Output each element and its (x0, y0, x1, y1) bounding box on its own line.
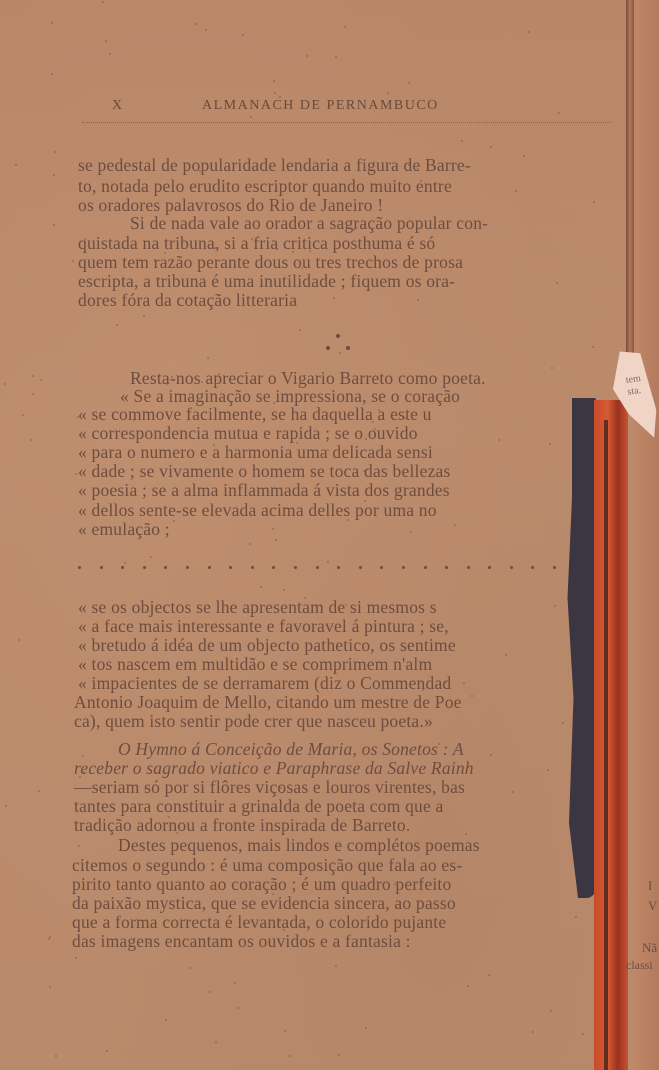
text-line: « impacientes de se derramarem (diz o Co… (78, 674, 451, 693)
paper-speck (72, 260, 74, 262)
paper-speck (408, 82, 410, 84)
paper-speck (463, 682, 465, 684)
paper-speck (582, 1033, 584, 1035)
ellipsis-dot (467, 566, 470, 569)
text-line: « se commove facilmente, se ha daquella … (78, 405, 432, 424)
text-line: « correspondencia mutua e rapida ; se o … (78, 424, 418, 443)
ellipsis-dot (143, 566, 146, 569)
ellipsis-dot (510, 566, 513, 569)
paper-speck (338, 1054, 340, 1056)
paper-speck (592, 346, 594, 348)
ellipsis-dot (272, 566, 275, 569)
paper-speck (260, 586, 262, 588)
red-spine-edge (594, 400, 628, 1070)
paper-speck (365, 1027, 367, 1029)
paper-speck (173, 520, 175, 522)
text-line: citemos o segundo : é uma composição que… (72, 856, 462, 875)
text-line: Antonio Joaquim de Mello, citando um mes… (74, 693, 462, 712)
text-line: « poesia ; se a alma inflammada á vista … (78, 481, 450, 500)
ellipsis-dot (164, 566, 167, 569)
ellipsis-dot (337, 566, 340, 569)
text-line: « tos nascem em multidão e se comprimem … (78, 655, 432, 674)
text-line: Destes pequenos, mais lindos e complétos… (118, 836, 480, 855)
paper-speck (387, 92, 389, 94)
text-line: O Hymno á Conceição de Maria, os Sonetos… (118, 740, 464, 759)
paper-speck (554, 605, 556, 607)
ellipsis-dot (208, 566, 211, 569)
side-fragment: Nã (642, 940, 657, 956)
paper-speck (274, 92, 276, 94)
text-line: Si de nada vale ao orador a sagração pop… (130, 214, 488, 233)
paper-speck (143, 315, 145, 317)
paper-speck (306, 55, 308, 57)
text-line: « emulação ; (78, 520, 170, 539)
paper-speck (505, 654, 507, 656)
paper-speck (547, 769, 549, 771)
page-header: X ALMANACH DE PERNAMBUCO (112, 96, 612, 116)
paper-speck (82, 755, 84, 757)
ellipsis-dot (316, 566, 319, 569)
paper-speck (417, 299, 419, 301)
text-line: « bretudo á idéa de um objecto pathetico… (78, 636, 456, 655)
paper-speck (109, 53, 111, 55)
paper-speck (18, 639, 20, 641)
text-line: « se os objectos se lhe apresentam de si… (78, 598, 437, 617)
paper-speck (53, 224, 55, 226)
paper-speck (410, 531, 412, 533)
paper-speck (335, 56, 337, 58)
ellipsis-dot (424, 566, 427, 569)
paper-speck (272, 528, 274, 530)
paper-speck (195, 23, 197, 25)
text-line: pirito tanto quanto ao coração ; é um qu… (72, 875, 451, 894)
paper-speck (207, 357, 209, 359)
side-fragment: V (648, 898, 657, 914)
paper-speck (283, 589, 285, 591)
text-line: dores fóra da cotação litteraria (78, 291, 297, 310)
paper-speck (299, 329, 301, 331)
text-line: escripta, a tribuna é uma inutilidade ; … (78, 272, 455, 291)
paper-speck (205, 29, 207, 31)
ellipsis-dot (294, 566, 297, 569)
paper-speck (75, 473, 77, 475)
paper-speck (249, 543, 251, 545)
paper-speck (528, 31, 530, 33)
spine-crease (604, 420, 608, 1070)
paper-speck (532, 1031, 534, 1033)
ellipsis-row (78, 566, 578, 574)
paper-speck (165, 1019, 167, 1021)
paper-speck (488, 974, 490, 976)
paper-speck (75, 957, 77, 959)
paper-speck (498, 439, 500, 441)
paper-speck (289, 1055, 291, 1057)
paper-speck (250, 116, 252, 118)
paper-speck (32, 393, 34, 395)
paper-speck (562, 722, 564, 724)
paper-speck (550, 1010, 552, 1012)
paper-speck (237, 1007, 239, 1009)
paper-speck (22, 414, 24, 416)
paper-speck (102, 1, 104, 3)
paper-speck (54, 151, 56, 153)
paper-speck (490, 754, 492, 756)
paper-speck (55, 1055, 57, 1057)
text-line: ca), quem isto sentir pode crer que nasc… (74, 712, 433, 731)
paper-speck (327, 561, 329, 563)
paper-speck (5, 805, 7, 807)
ellipsis-dot (359, 566, 362, 569)
paper-speck (575, 916, 577, 918)
text-line: « para o numero e a harmonia uma delicad… (78, 443, 433, 462)
text-line: quem tem razão perante dous ou tres trec… (78, 253, 463, 272)
ellipsis-dot (121, 566, 124, 569)
paper-speck (38, 790, 40, 792)
text-line: tantes para constituir a grinalda de poe… (74, 797, 444, 816)
text-line: quistada na tribuna, si a fria critica p… (78, 234, 435, 253)
page-number: X (112, 98, 202, 114)
paper-speck (4, 383, 6, 385)
paper-speck (471, 695, 473, 697)
paper-speck (49, 986, 51, 988)
paper-speck (461, 140, 463, 142)
text-line: da paixão mystica, que se evidencia sinc… (72, 894, 456, 913)
ellipsis-dot (531, 566, 534, 569)
side-fragment: classi (626, 958, 653, 973)
paper-speck (512, 791, 514, 793)
paper-speck (593, 201, 595, 203)
paper-speck (333, 297, 335, 299)
paper-speck (454, 524, 456, 526)
section-break-asterisks (318, 332, 358, 356)
paper-speck (284, 1030, 286, 1032)
paper-speck (40, 379, 42, 381)
paper-speck (116, 324, 118, 326)
paper-speck (273, 80, 275, 82)
paper-speck (467, 985, 469, 987)
ellipsis-dot (488, 566, 491, 569)
paper-speck (242, 34, 244, 36)
text-line: tradição adornou a fronte inspirada de B… (74, 816, 410, 835)
paper-speck (106, 1050, 108, 1052)
text-line: « a face mais interessante e favoravel á… (78, 617, 449, 636)
paper-speck (344, 26, 346, 28)
text-line: que a forma correcta é levantada, o colo… (72, 913, 446, 932)
paper-speck (335, 965, 337, 967)
paper-speck (105, 40, 107, 42)
paper-speck (30, 439, 32, 441)
text-line: receber o sagrado viatico e Paraphrase d… (74, 759, 474, 778)
paper-speck (48, 938, 50, 940)
paper-speck (275, 539, 277, 541)
text-line: to, notada pelo erudito escriptor quando… (78, 177, 452, 196)
paper-speck (51, 22, 53, 24)
ellipsis-dot (380, 566, 383, 569)
text-line: se pedestal de popularidade lendaria a f… (78, 156, 471, 175)
text-line: das imagens encantam os ouvidos e a fant… (72, 932, 411, 951)
paper-speck (124, 562, 126, 564)
running-head: ALMANACH DE PERNAMBUCO (202, 98, 439, 114)
paper-speck (523, 155, 525, 157)
paper-speck (215, 1041, 217, 1043)
paper-speck (150, 556, 152, 558)
paper-speck (51, 73, 53, 75)
paper-speck (15, 164, 17, 166)
page-edge (626, 0, 634, 400)
ellipsis-dot (186, 566, 189, 569)
ellipsis-dot (445, 566, 448, 569)
ellipsis-dot (402, 566, 405, 569)
text-line: —seriam só por si flôres viçosas e louro… (74, 778, 465, 797)
paper-speck (53, 174, 55, 176)
paper-speck (234, 982, 236, 984)
ellipsis-dot (78, 566, 81, 569)
paper-speck (32, 375, 34, 377)
ellipsis-dot (100, 566, 103, 569)
paper-speck (549, 443, 551, 445)
text-line: « dellos sente-se elevada acima delles p… (78, 501, 437, 520)
paper-speck (189, 967, 191, 969)
ellipsis-dot (229, 566, 232, 569)
paper-speck (78, 845, 80, 847)
text-line: « dade ; se vivamente o homem se toca da… (78, 462, 451, 481)
ellipsis-dot (251, 566, 254, 569)
paper-speck (209, 991, 211, 993)
side-fragment: I (648, 878, 652, 894)
paper-speck (490, 146, 492, 148)
paper-speck (515, 190, 517, 192)
paper-speck (556, 282, 558, 284)
ellipsis-dot (553, 566, 556, 569)
header-rule (82, 122, 612, 124)
paper-speck (551, 367, 553, 369)
